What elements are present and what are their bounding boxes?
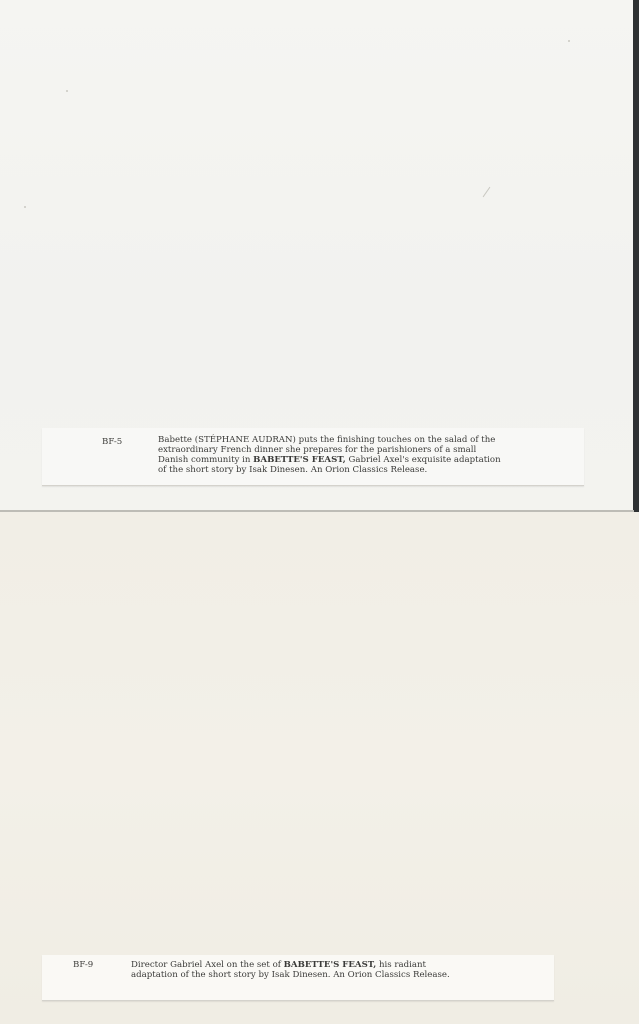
dust-speck [66, 90, 68, 92]
dust-speck [24, 206, 26, 208]
film-title: BABETTE'S FEAST, [253, 455, 346, 465]
scratch-mark [483, 187, 491, 197]
bottom-photo-sheet [0, 512, 639, 1024]
still-code: BF-9 [73, 960, 93, 970]
caption-text: Director Gabriel Axel on the set of BABE… [131, 960, 450, 980]
caption-line: Danish community in BABETTE'S FEAST, Gab… [158, 455, 501, 465]
top-photo-sheet: BF-5 Babette (STÉPHANE AUDRAN) puts the … [0, 0, 634, 510]
caption-line: adaptation of the short story by Isak Di… [131, 970, 450, 980]
still-code: BF-5 [102, 437, 122, 447]
scanner-edge [633, 0, 639, 512]
caption-line: of the short story by Isak Dinesen. An O… [158, 465, 501, 475]
caption-line: Director Gabriel Axel on the set of BABE… [131, 960, 450, 970]
film-title: BABETTE'S FEAST, [284, 960, 377, 970]
caption-line: Babette (STÉPHANE AUDRAN) puts the finis… [158, 435, 501, 445]
caption-strip-bf9: BF-9 Director Gabriel Axel on the set of… [42, 955, 554, 1001]
caption-strip-bf5: BF-5 Babette (STÉPHANE AUDRAN) puts the … [42, 428, 584, 486]
dust-speck [568, 40, 570, 42]
caption-line: extraordinary French dinner she prepares… [158, 445, 501, 455]
caption-text: Babette (STÉPHANE AUDRAN) puts the finis… [158, 435, 501, 475]
